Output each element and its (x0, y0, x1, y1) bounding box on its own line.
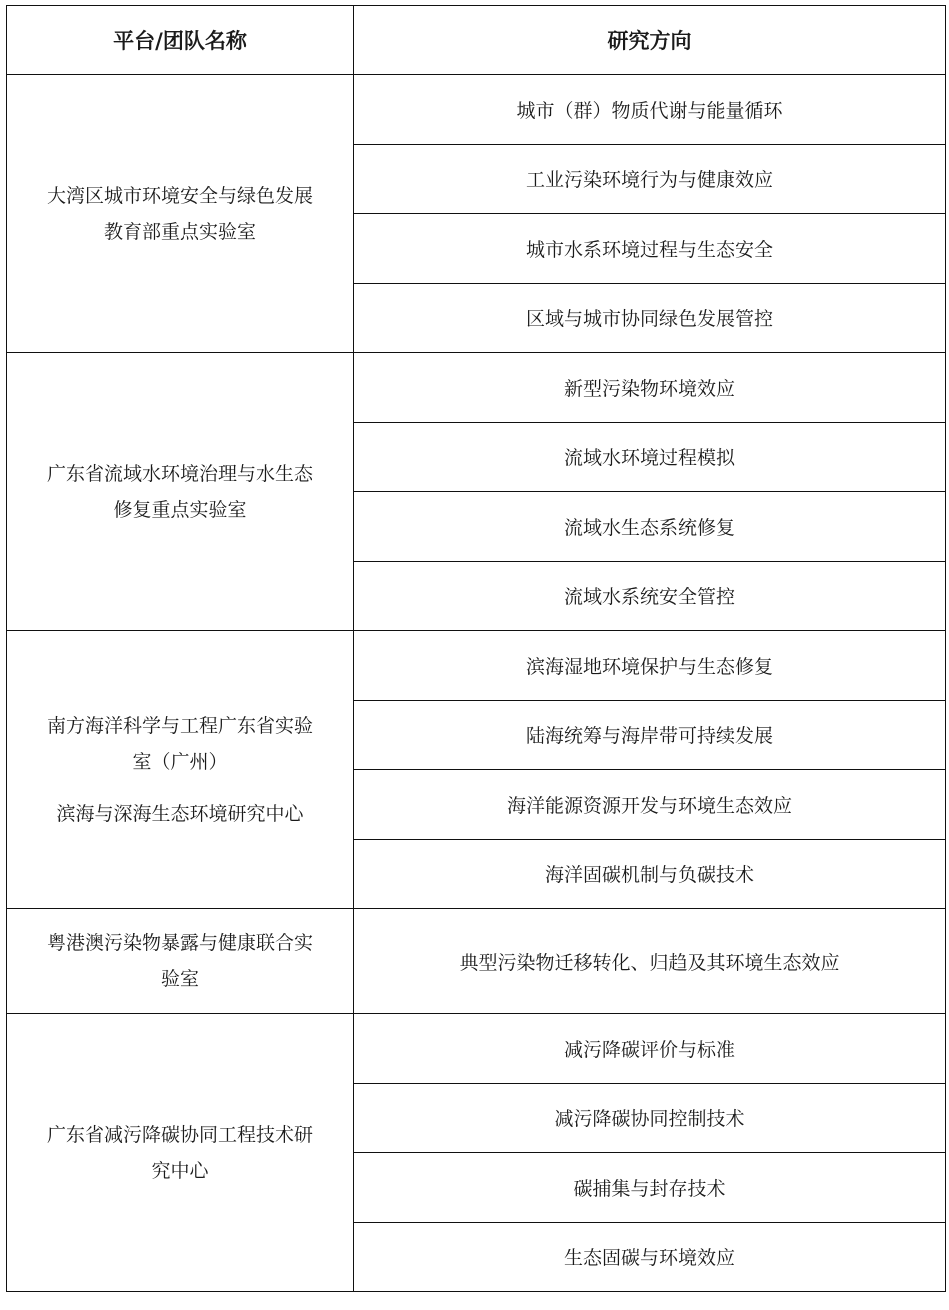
platform-name-line: 室（广州） (132, 751, 227, 773)
platform-name-cell: 大湾区城市环境安全与绿色发展 教育部重点实验室 (7, 75, 354, 353)
research-direction-cell: 流域水系统安全管控 (354, 561, 946, 631)
research-direction-cell: 海洋固碳机制与负碳技术 (354, 839, 946, 909)
table-row: 广东省流域水环境治理与水生态 修复重点实验室 新型污染物环境效应 (7, 353, 946, 423)
research-direction-cell: 碳捕集与封存技术 (354, 1153, 946, 1223)
header-row: 平台/团队名称 研究方向 (7, 6, 946, 75)
header-platform-name: 平台/团队名称 (7, 6, 354, 75)
platform-name-line: 验室 (161, 968, 199, 990)
research-direction-cell: 典型污染物迁移转化、归趋及其环境生态效应 (354, 909, 946, 1014)
platform-name-cell: 广东省流域水环境治理与水生态 修复重点实验室 (7, 353, 354, 631)
table-row: 广东省减污降碳协同工程技术研 究中心 减污降碳评价与标准 (7, 1014, 946, 1084)
platform-name-cell: 粤港澳污染物暴露与健康联合实 验室 (7, 909, 354, 1014)
platform-name-line: 修复重点实验室 (113, 499, 246, 521)
research-direction-cell: 城市水系环境过程与生态安全 (354, 214, 946, 284)
research-direction-cell: 工业污染环境行为与健康效应 (354, 144, 946, 214)
research-direction-cell: 减污降碳协同控制技术 (354, 1083, 946, 1153)
table-row: 南方海洋科学与工程广东省实验 室（广州） 滨海与深海生态环境研究中心 滨海湿地环… (7, 631, 946, 701)
platform-name-line: 粤港澳污染物暴露与健康联合实 (47, 932, 313, 954)
research-direction-cell: 新型污染物环境效应 (354, 353, 946, 423)
research-direction-cell: 减污降碳评价与标准 (354, 1014, 946, 1084)
research-direction-cell: 城市（群）物质代谢与能量循环 (354, 75, 946, 145)
platform-name-line: 广东省减污降碳协同工程技术研 (47, 1124, 313, 1146)
header-research-direction: 研究方向 (354, 6, 946, 75)
platform-name-line: 大湾区城市环境安全与绿色发展 (47, 185, 313, 207)
research-direction-cell: 生态固碳与环境效应 (354, 1222, 946, 1292)
platform-name-line: 究中心 (151, 1160, 208, 1182)
platform-research-table: 平台/团队名称 研究方向 大湾区城市环境安全与绿色发展 教育部重点实验室 城市（… (6, 5, 946, 1292)
research-direction-cell: 区域与城市协同绿色发展管控 (354, 283, 946, 353)
platform-name-cell: 南方海洋科学与工程广东省实验 室（广州） 滨海与深海生态环境研究中心 (7, 631, 354, 909)
platform-name-line: 教育部重点实验室 (104, 221, 256, 243)
platform-subname: 滨海与深海生态环境研究中心 (56, 803, 303, 825)
research-direction-cell: 陆海统筹与海岸带可持续发展 (354, 700, 946, 770)
research-direction-cell: 流域水环境过程模拟 (354, 422, 946, 492)
platform-name-line: 广东省流域水环境治理与水生态 (47, 463, 313, 485)
table-row: 粤港澳污染物暴露与健康联合实 验室 典型污染物迁移转化、归趋及其环境生态效应 (7, 909, 946, 1014)
table-row: 大湾区城市环境安全与绿色发展 教育部重点实验室 城市（群）物质代谢与能量循环 (7, 75, 946, 145)
research-direction-cell: 流域水生态系统修复 (354, 492, 946, 562)
platform-name-cell: 广东省减污降碳协同工程技术研 究中心 (7, 1014, 354, 1292)
research-direction-cell: 滨海湿地环境保护与生态修复 (354, 631, 946, 701)
research-direction-cell: 海洋能源资源开发与环境生态效应 (354, 770, 946, 840)
platform-name-line: 南方海洋科学与工程广东省实验 (47, 715, 313, 737)
